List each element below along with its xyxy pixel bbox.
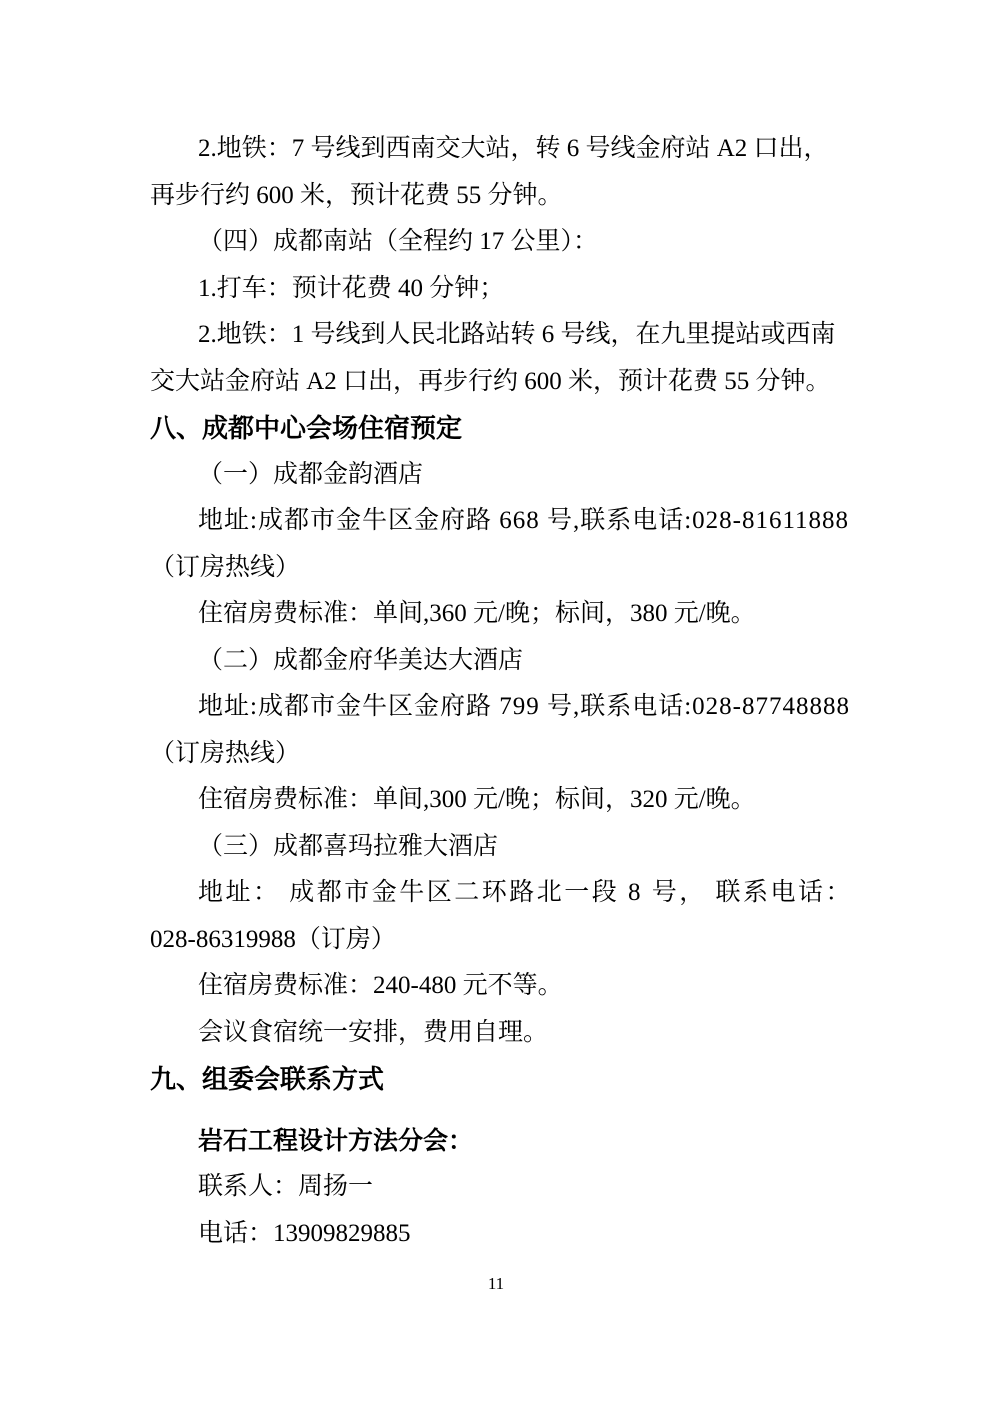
text-line: 住宿房费标准：单间,300 元/晚；标间，320 元/晚。: [150, 777, 845, 824]
text-line: 再步行约 600 米，预计花费 55 分钟。: [150, 173, 845, 220]
text-line: 1.打车：预计花费 40 分钟；: [150, 266, 845, 313]
document-body: 2.地铁：7 号线到西南交大站，转 6 号线金府站 A2 口出，再步行约 600…: [150, 126, 845, 1257]
document-page: 2.地铁：7 号线到西南交大站，转 6 号线金府站 A2 口出，再步行约 600…: [0, 0, 992, 1403]
text-line: （一）成都金韵酒店: [150, 452, 845, 499]
section-heading: 九、组委会联系方式: [150, 1056, 845, 1103]
section-heading: 八、成都中心会场住宿预定: [150, 405, 845, 452]
text-line: （订房热线）: [150, 731, 845, 778]
text-line: 2.地铁：1 号线到人民北路站转 6 号线，在九里提站或西南: [150, 312, 845, 359]
text-line: 地址:成都市金牛区金府路 799 号,联系电话:028-87748888: [150, 684, 845, 731]
text-line: 028-86319988（订房）: [150, 917, 845, 964]
text-line: 会议食宿统一安排，费用自理。: [150, 1010, 845, 1057]
text-line: 电话：13909829885: [150, 1211, 845, 1258]
text-line: 联系人：周扬一: [150, 1164, 845, 1211]
text-line: 住宿房费标准：240-480 元不等。: [150, 963, 845, 1010]
text-line: 交大站金府站 A2 口出，再步行约 600 米，预计花费 55 分钟。: [150, 359, 845, 406]
text-line: 2.地铁：7 号线到西南交大站，转 6 号线金府站 A2 口出，: [150, 126, 845, 173]
page-number: 11: [0, 1272, 992, 1296]
text-line: （订房热线）: [150, 545, 845, 592]
text-line: （三）成都喜玛拉雅大酒店: [150, 824, 845, 871]
text-line: （四）成都南站（全程约 17 公里）：: [150, 219, 845, 266]
sub-section-heading: 岩石工程设计方法分会：: [150, 1118, 845, 1165]
text-line: 地址： 成都市金牛区二环路北一段 8 号， 联系电话：: [150, 870, 845, 917]
text-line: 住宿房费标准：单间,360 元/晚；标间，380 元/晚。: [150, 591, 845, 638]
text-line: （二）成都金府华美达大酒店: [150, 638, 845, 685]
text-line: 地址:成都市金牛区金府路 668 号,联系电话:028-81611888: [150, 498, 845, 545]
